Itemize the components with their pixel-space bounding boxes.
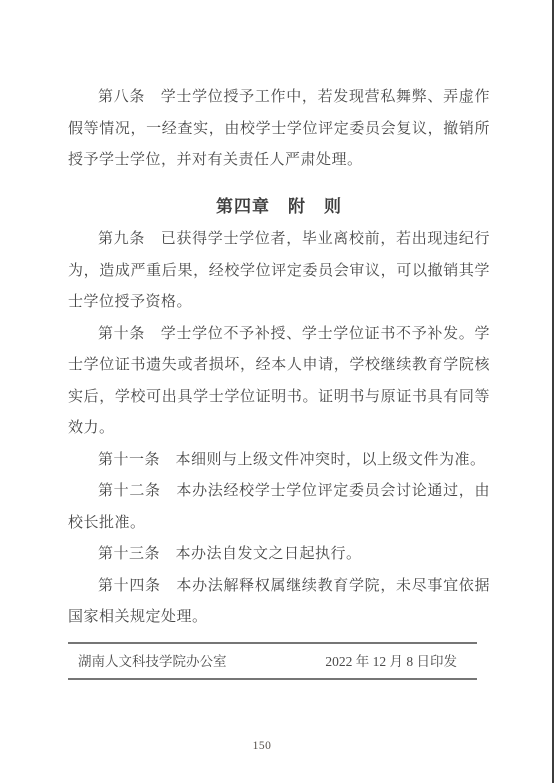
article-12-paragraph: 第十二条 本办法经校学士学位评定委员会讨论通过，由校长批准。 — [68, 476, 490, 539]
article-8-paragraph: 第八条 学士学位授予工作中，若发现营私舞弊、弄虚作假等情况，一经查实，由校学士学… — [68, 82, 490, 177]
article-14-paragraph: 第十四条 本办法解释权属继续教育学院，未尽事宜依据国家相关规定处理。 — [68, 571, 490, 634]
article-13-paragraph: 第十三条 本办法自发文之日起执行。 — [68, 539, 490, 571]
document-body: 第八条 学士学位授予工作中，若发现营私舞弊、弄虚作假等情况，一经查实，由校学士学… — [68, 82, 490, 634]
article-11-paragraph: 第十一条 本细则与上级文件冲突时，以上级文件为准。 — [68, 445, 490, 477]
colophon-footer: 湖南人文科技学院办公室 2022 年 12 月 8 日印发 — [68, 642, 477, 678]
issuing-office: 湖南人文科技学院办公室 — [78, 650, 227, 670]
article-9-paragraph: 第九条 已获得学士学位者，毕业离校前，若出现违纪行为，造成严重后果，经校学位评定… — [68, 224, 490, 319]
chapter-heading: 第四章 附 则 — [68, 191, 490, 223]
issue-date: 2022 年 12 月 8 日印发 — [325, 650, 457, 670]
page-number: 150 — [0, 740, 524, 752]
colophon-rule-bottom — [68, 678, 477, 680]
document-page: 第八条 学士学位授予工作中，若发现营私舞弊、弄虚作假等情况，一经查实，由校学士学… — [0, 0, 554, 783]
article-10-paragraph: 第十条 学士学位不予补授、学士学位证书不予补发。学士学位证书遗失或者损坏，经本人… — [68, 319, 490, 445]
